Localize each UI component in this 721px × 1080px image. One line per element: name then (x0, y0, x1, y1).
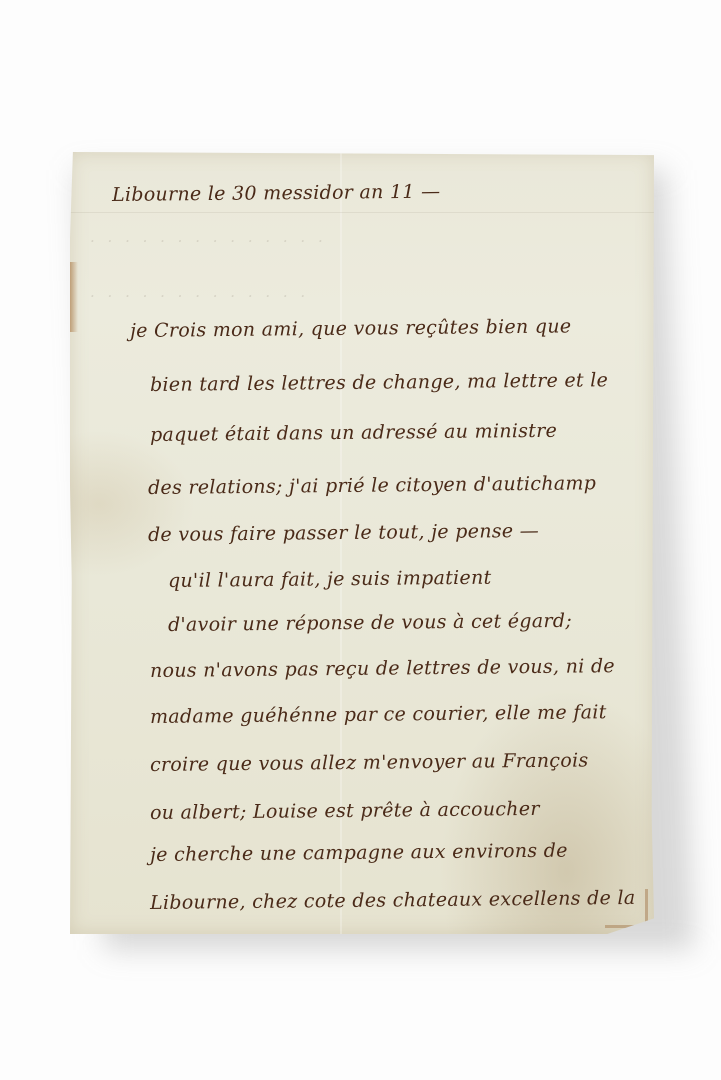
letter-line: madame guéhénne par ce courier, elle me … (150, 701, 607, 728)
letter-line: croire que vous allez m'envoyer au Franç… (150, 749, 589, 776)
letter-line: Libourne, chez cote des chateaux excelle… (150, 887, 636, 914)
letter-line: paquet était dans un adressé au ministre (150, 420, 557, 446)
photo-stage: · · · · · · · · · · · · · · · · · · · · … (0, 0, 721, 1080)
fold-crease-horizontal (70, 212, 654, 213)
letter-line: je Crois mon ami, que vous reçûtes bien … (130, 315, 572, 342)
letter-line: bien tard les lettres de change, ma lett… (150, 369, 608, 396)
bleed-through-text: · · · · · · · · · · · · · · (90, 232, 327, 250)
letter-line: de vous faire passer le tout, je pense — (148, 520, 539, 546)
letter-line: qu'il l'aura fait, je suis impatient (168, 567, 492, 592)
letter-sheet: · · · · · · · · · · · · · · · · · · · · … (70, 152, 654, 934)
letter-line: des relations; j'ai prié le citoyen d'au… (148, 472, 596, 499)
letter-line: je cherche une campagne aux environs de (150, 840, 568, 866)
letter-line: d'avoir une réponse de vous à cet égard; (168, 610, 572, 636)
bleed-through-text: · · · · · · · · · · · · · (90, 287, 309, 305)
letter-heading: Libourne le 30 messidor an 11 — (112, 181, 441, 206)
torn-edge-stain (70, 262, 78, 332)
letter-line: ou albert; Louise est prête à accoucher (150, 798, 540, 824)
letter-line: nous n'avons pas reçu de lettres de vous… (150, 655, 615, 682)
